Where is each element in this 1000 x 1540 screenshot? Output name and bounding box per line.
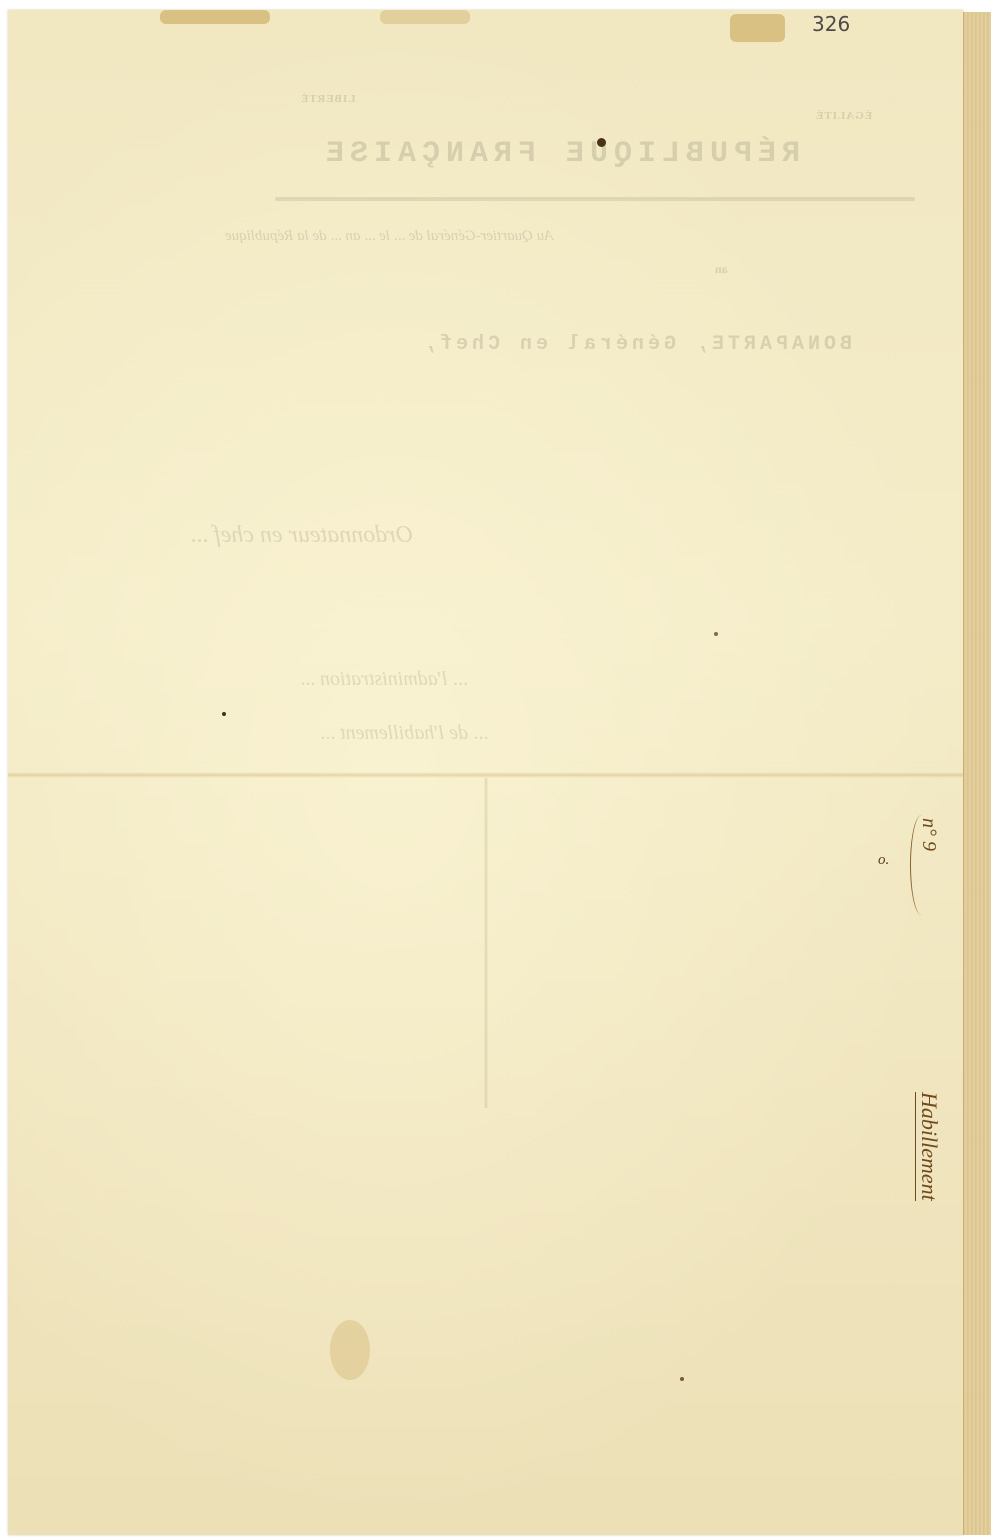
archive-page-number: 326 xyxy=(812,12,850,36)
show-through-tag-left: LIBERTÉ xyxy=(300,93,356,105)
binding-strip xyxy=(963,12,991,1535)
ink-spot xyxy=(714,632,718,636)
margin-note-label: Habillement xyxy=(915,1092,942,1201)
show-through-handwriting: ... de l'habillement ... xyxy=(320,722,488,745)
vertical-fold-line xyxy=(484,778,488,1108)
show-through-handwriting: Ordonnateur en chef ... xyxy=(190,522,413,549)
header-rule xyxy=(275,197,915,201)
ink-spot xyxy=(222,712,226,716)
margin-note-number: n° 9 xyxy=(917,818,940,851)
show-through-signature-line: BONAPARTE, Général en Chef, xyxy=(420,333,852,356)
show-through-subheader: Au Quartier-Général de ... le ... an ...… xyxy=(225,228,553,245)
show-through-tag-right: ÉGALITÉ xyxy=(815,110,872,122)
show-through-year: an xyxy=(715,262,728,277)
stain xyxy=(380,10,470,24)
show-through-header: RÉPUBLIQUE FRANÇAISE xyxy=(320,137,800,171)
ink-spot xyxy=(597,138,606,147)
stain xyxy=(160,10,270,24)
stain xyxy=(330,1320,370,1380)
show-through-handwriting: ... l'administration ... xyxy=(300,668,468,691)
stain xyxy=(730,14,785,42)
margin-note-mark: o. xyxy=(878,852,889,869)
ink-spot xyxy=(680,1377,684,1381)
